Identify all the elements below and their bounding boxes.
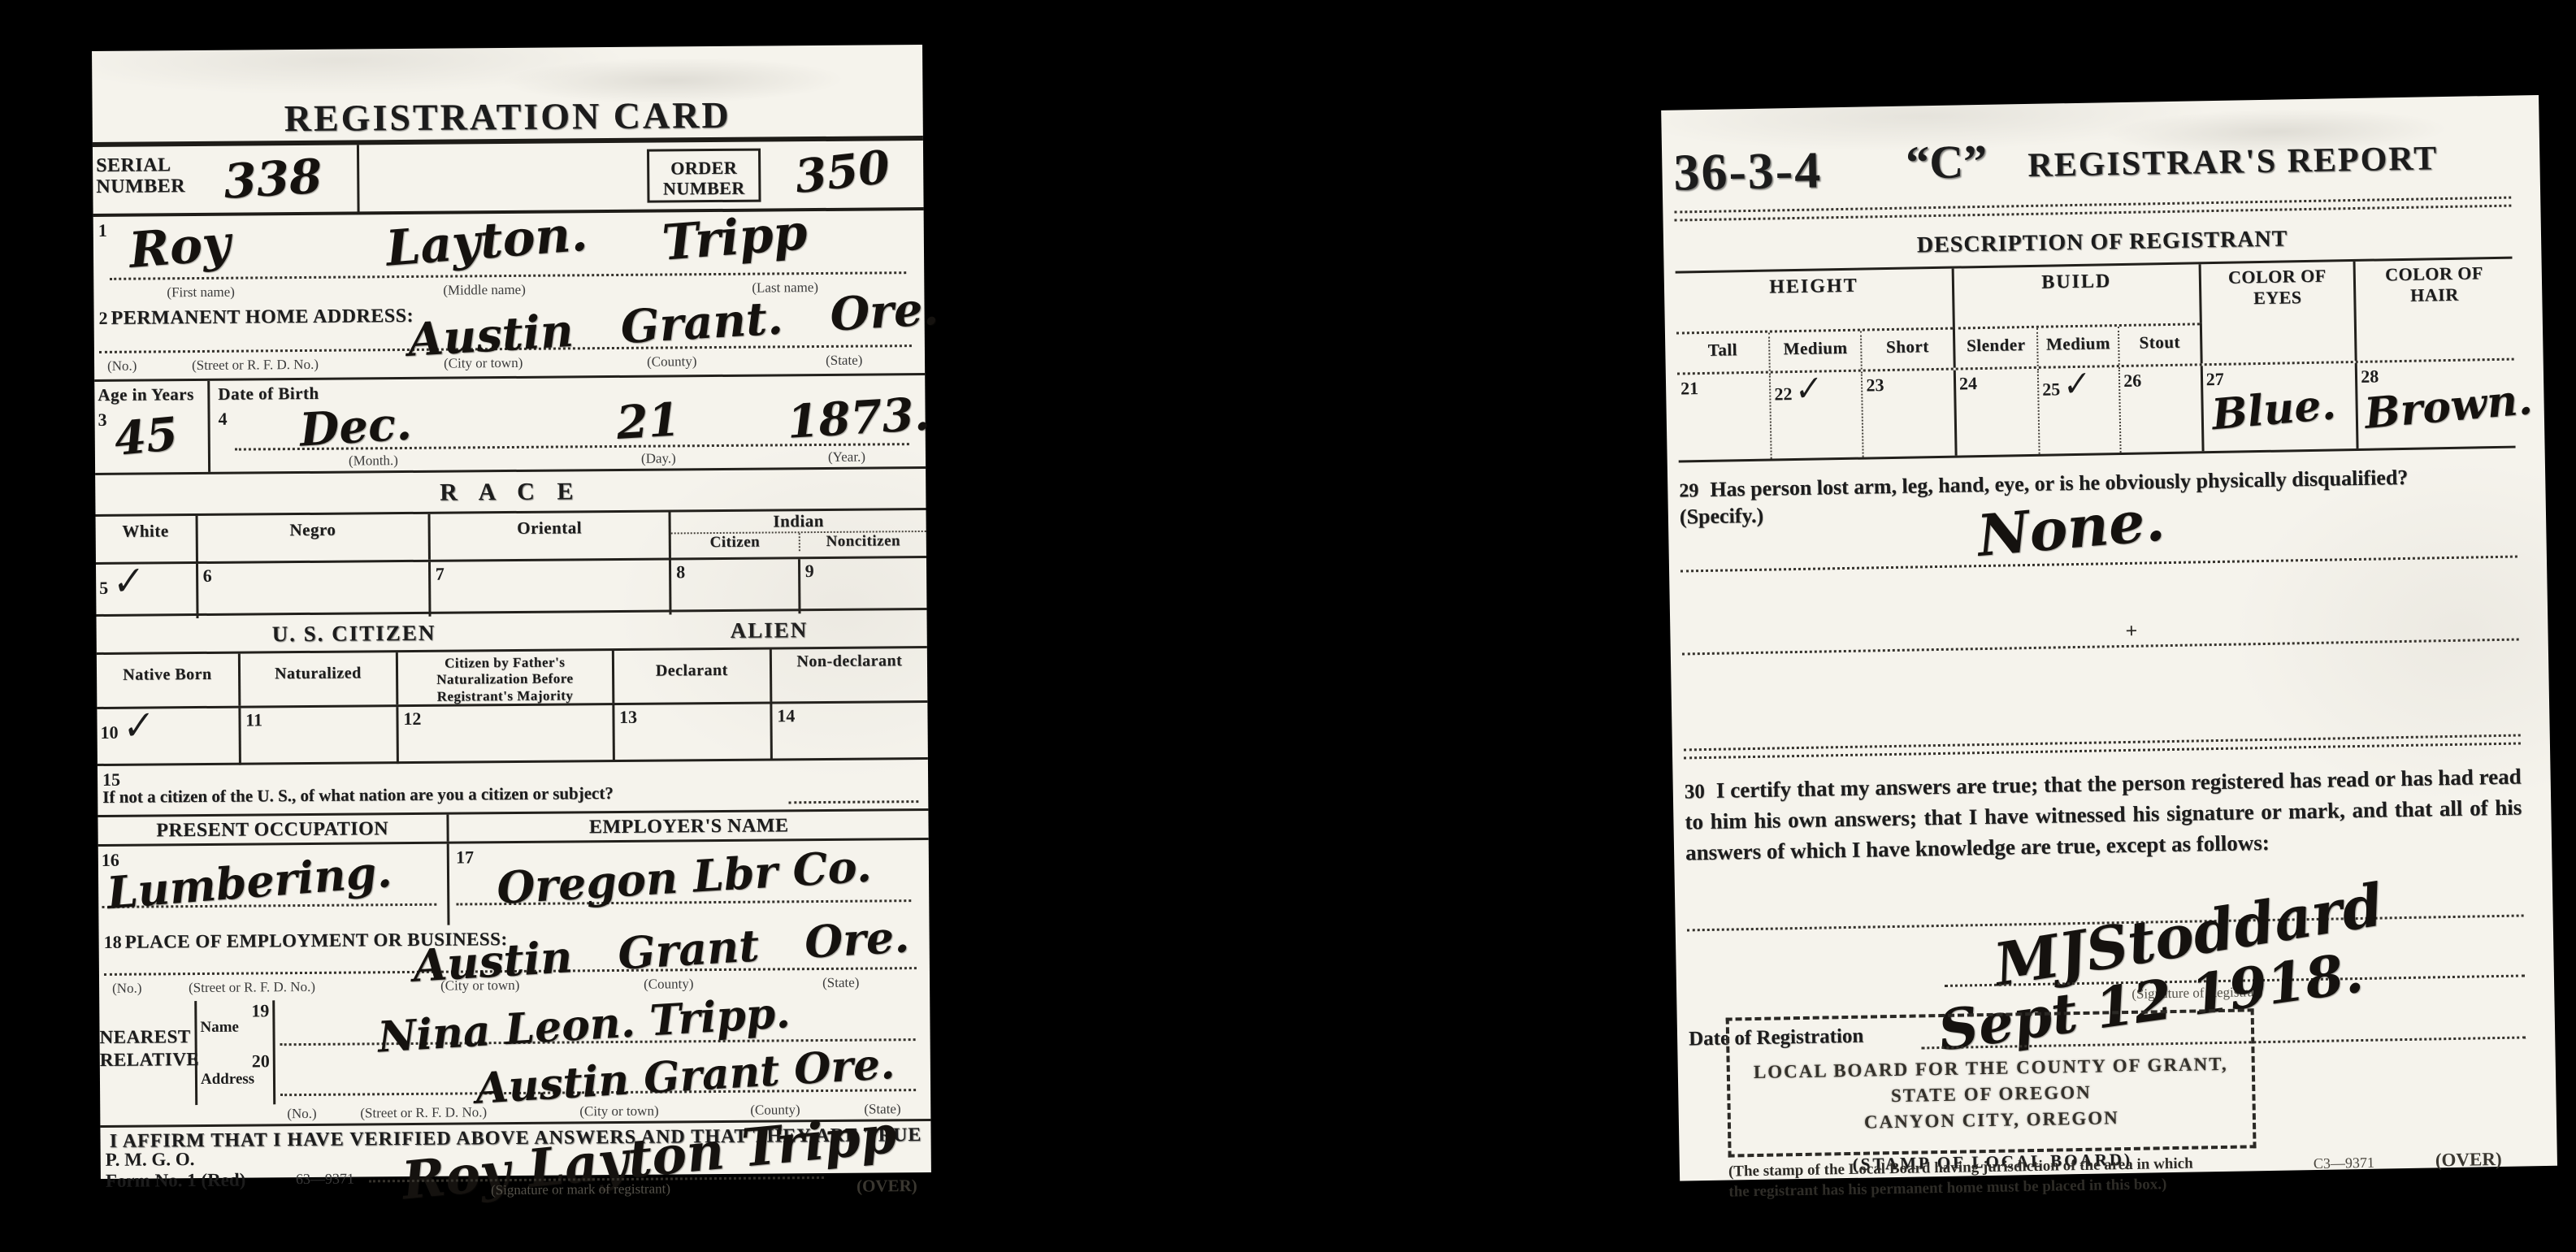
citizen-header-native: Native Born <box>97 654 238 707</box>
dob-month: Dec. <box>298 401 413 453</box>
citizen-cell-declarant: 13 <box>612 704 770 763</box>
race-cell-indian-citizen: 8 <box>669 559 798 614</box>
age-number: 3 <box>98 409 106 431</box>
citizen-cell-naturalized: 11 <box>238 707 397 765</box>
occupation-cell: 16 Lumbering. <box>98 844 448 928</box>
height-medium-label: Medium <box>1768 331 1861 371</box>
height-short-label: Short <box>1860 330 1953 370</box>
relative-sublabel-street: (Street or R. F. D. No.) <box>360 1104 487 1121</box>
pmgo-label: P. M. G. O. <box>106 1149 195 1171</box>
line-1-number: 1 <box>98 220 107 241</box>
occupation-value: Lumbering. <box>106 849 393 915</box>
middle-name-value: Layton. <box>384 210 589 274</box>
race-header-indian-label: Indian <box>671 510 926 532</box>
race-number-5: 5 <box>99 578 108 598</box>
citizen-header-father: Citizen by Father's Naturalization Befor… <box>396 651 612 704</box>
address-sublabel-no: (No.) <box>107 358 137 375</box>
occupation-line: Lumbering. <box>102 849 437 908</box>
relative-address-number: 20 <box>252 1051 270 1072</box>
present-occupation-header: PRESENT OCCUPATION <box>98 815 446 844</box>
description-value-row: 21 22 ✓ 23 24 25 ✓ 26 27 Blue. 28 <box>1677 358 2516 461</box>
height-number-23: 23 <box>1866 375 1884 395</box>
height-tall-label: Tall <box>1676 333 1769 373</box>
race-number-9: 9 <box>805 561 814 581</box>
race-cell-white: 5 ✓ <box>96 564 196 619</box>
race-header-row: White Negro Oriental Indian Citizen Nonc… <box>96 510 926 562</box>
order-number-cell: 350 <box>761 141 924 209</box>
employer-name-header: EMPLOYER'S NAME <box>447 811 929 842</box>
race-value-row: 5 ✓ 6 7 8 9 <box>96 556 927 619</box>
age-cell: Age in Years 3 45 <box>94 381 210 473</box>
registrars-report-card: 36-3-4 “C” REGISTRAR'S REPORT DESCRIPTIO… <box>1661 95 2557 1181</box>
eyes-subheader-spacer <box>2200 320 2355 363</box>
race-cell-indian-noncitizen: 9 <box>798 558 927 613</box>
last-name-value: Tripp <box>661 208 809 268</box>
citizenship-question: If not a citizen of the U. S., of what n… <box>102 782 785 808</box>
age-label: Age in Years <box>94 381 207 405</box>
build-number-24: 24 <box>1959 373 1977 393</box>
citizen-number-14: 14 <box>777 705 795 726</box>
dob-sublabel-day: (Day.) <box>641 450 676 466</box>
hair-subheader-spacer <box>2354 318 2514 361</box>
serial-number-value: 338 <box>223 153 323 206</box>
first-name-value: Roy <box>128 219 232 275</box>
description-title: DESCRIPTION OF REGISTRANT <box>1663 222 2541 263</box>
citizen-number-13: 13 <box>619 707 637 727</box>
us-citizen-title: U. S. CITIZEN <box>97 616 612 652</box>
citizen-table: Native Born Naturalized Citizen by Fathe… <box>97 646 928 766</box>
hair-value: Brown. <box>2363 379 2534 435</box>
build-medium-cell: 25 ✓ <box>2037 367 2120 454</box>
stray-pen-mark: + <box>2125 619 2137 643</box>
occupation-block: PRESENT OCCUPATION EMPLOYER'S NAME 16 Lu… <box>98 808 929 929</box>
employment-place-line: Austin Grant Ore. <box>103 916 916 976</box>
race-table: White Negro Oriental Indian Citizen Nonc… <box>96 508 927 617</box>
race-header-negro: Negro <box>195 514 428 561</box>
hair-header: COLOR OF HAIR <box>2353 259 2513 320</box>
dob-sublabel-month: (Month.) <box>349 453 398 469</box>
citizen-number-12: 12 <box>403 708 421 729</box>
race-header-indian-noncitizen: Noncitizen <box>799 532 926 551</box>
nearest-relative-label: NEAREST RELATIVE <box>99 1001 197 1106</box>
question-30-text: I certify that my answers are true; that… <box>1685 765 2522 865</box>
race-title: R A C E <box>95 475 926 509</box>
height-group-header: HEIGHT <box>1676 269 1953 332</box>
height-number-21: 21 <box>1680 378 1698 398</box>
name-line: Roy Layton. Tripp <box>110 212 907 280</box>
address-sublabel-city: (City or town) <box>444 355 523 372</box>
relative-name-label: Name <box>200 1019 239 1037</box>
citizen-cell-native: 10 ✓ <box>97 708 238 766</box>
relative-address-line: Austin Grant Ore. <box>280 1046 916 1096</box>
build-medium-check: ✓ <box>2063 369 2092 400</box>
relative-address-label: Address <box>201 1070 254 1089</box>
build-medium-label: Medium <box>2036 327 2118 366</box>
registrant-signature-sublabel: (Signature or mark of registrant) <box>491 1181 670 1198</box>
employment-sublabel-state: (State) <box>822 975 859 991</box>
print-code: 63—9371 <box>296 1171 354 1189</box>
occupation-value-row: 16 Lumbering. 17 Oregon Lbr Co. <box>98 840 930 928</box>
employer-line: Oregon Lbr Co. <box>456 845 912 905</box>
build-slender-label: Slender <box>1955 328 2037 368</box>
form-number-label: Form No. 1 (Red) <box>106 1170 246 1192</box>
build-stout-cell: 26 <box>2118 366 2201 453</box>
local-board-note: (The stamp of the Local Board having jur… <box>1728 1154 2217 1202</box>
build-stout-label: Stout <box>2118 325 2200 365</box>
height-values: 21 22 ✓ 23 <box>1677 370 1955 461</box>
dob-day: 21 <box>615 396 681 446</box>
citizen-cell-father: 12 <box>396 705 612 764</box>
dob-number: 4 <box>218 409 227 430</box>
report-header-rule-2 <box>1675 205 2512 222</box>
height-short-cell: 23 <box>1861 370 1954 457</box>
employer-value: Oregon Lbr Co. <box>496 843 873 910</box>
race-cell-negro: 6 <box>196 562 429 618</box>
serial-number-cell: 338 <box>189 145 360 213</box>
race-header-indian: Indian Citizen Noncitizen <box>669 510 926 557</box>
local-board-stamp-box: LOCAL BOARD FOR THE COUNTY OF GRANT, STA… <box>1726 1008 2257 1157</box>
address-sublabel-street: (Street or R. F. D. No.) <box>192 357 319 374</box>
race-header-indian-citizen: Citizen <box>671 533 799 552</box>
build-values: 24 25 ✓ 26 <box>1954 366 2202 455</box>
height-number-22: 22 <box>1774 383 1792 404</box>
answer-line-3 <box>1684 734 2521 752</box>
relative-sublabel-no: (No.) <box>287 1106 317 1122</box>
report-c-mark: “C” <box>1906 134 1988 190</box>
order-number-value: 350 <box>792 144 891 200</box>
nearest-relative-minicol: Name 19 Address 20 <box>197 1000 275 1105</box>
citizen-check-native: ✓ <box>123 708 155 743</box>
question-29-specify: (Specify.) <box>1680 504 1764 530</box>
serial-number-label: SERIAL NUMBER <box>93 146 189 214</box>
employment-sublabel-street: (Street or R. F. D. No.) <box>189 979 315 996</box>
question-29-number: 29 <box>1679 480 1698 501</box>
citizen-header-naturalized: Naturalized <box>238 652 397 706</box>
report-corner-code: 36-3-4 <box>1673 140 1823 202</box>
build-number-26: 26 <box>2123 370 2141 391</box>
citizen-header-nondeclarant: Non-declarant <box>770 648 928 702</box>
answer-line-3b <box>1684 743 2521 760</box>
citizen-header-row: Native Born Naturalized Citizen by Fathe… <box>97 648 927 707</box>
build-number-25: 25 <box>2042 379 2060 399</box>
eyes-value-cell: 27 Blue. <box>2200 363 2356 451</box>
race-number-7: 7 <box>436 564 445 584</box>
citizen-cell-nondeclarant: 14 <box>770 703 928 761</box>
hair-number-28: 28 <box>2361 366 2379 386</box>
race-number-6: 6 <box>203 565 212 586</box>
registration-card: REGISTRATION CARD SERIAL NUMBER 338 ORDE… <box>92 45 931 1179</box>
report-title: REGISTRAR'S REPORT <box>2027 139 2439 185</box>
question-30-number: 30 <box>1685 781 1705 803</box>
order-number-label: ORDER NUMBER <box>647 149 761 203</box>
serial-row-spacer <box>359 143 648 212</box>
dob-cell: Date of Birth 4 Dec. 21 1873. (Month.) (… <box>210 375 926 472</box>
answer-line-2 <box>1682 639 2519 656</box>
relative-address-value: Austin Grant Ore. <box>475 1043 896 1111</box>
address-sublabel-state: (State) <box>826 353 862 369</box>
question-30: 30I certify that my answers are true; th… <box>1684 762 2522 869</box>
relative-name-number: 19 <box>251 1000 269 1021</box>
question-29-answer: None. <box>1975 492 2167 565</box>
race-number-8: 8 <box>676 561 685 582</box>
address-sublabel-county: (County) <box>647 353 697 370</box>
nearest-relative-block: NEAREST RELATIVE Name 19 Address 20 Nina… <box>99 995 930 1106</box>
employment-sublabel-county: (County) <box>644 976 694 992</box>
citizen-number-11: 11 <box>245 709 262 730</box>
height-subheader: Tall Medium Short <box>1676 327 1954 373</box>
age-value: 45 <box>112 411 180 462</box>
race-check-white: ✓ <box>112 563 145 598</box>
alien-title: ALIEN <box>611 613 927 648</box>
build-group-header: BUILD <box>1952 264 2200 327</box>
build-slender-cell: 24 <box>1956 369 2039 456</box>
height-medium-check: ✓ <box>1795 374 1824 405</box>
eyes-header: COLOR OF EYES <box>2198 262 2354 323</box>
eyes-value: Blue. <box>2210 383 2337 436</box>
relative-name-line: Nina Leon. Tripp. <box>280 995 915 1046</box>
race-indian-subheader: Citizen Noncitizen <box>671 531 926 552</box>
race-header-oriental: Oriental <box>427 512 669 559</box>
over-label-right: (OVER) <box>2435 1149 2502 1171</box>
description-table: HEIGHT BUILD COLOR OF EYES COLOR OF HAIR… <box>1676 257 2516 463</box>
report-print-code: C3—9371 <box>2314 1155 2374 1172</box>
eyes-number-27: 27 <box>2206 369 2224 389</box>
registration-card-title: REGISTRATION CARD <box>92 92 922 141</box>
local-board-stamp-line1: LOCAL BOARD FOR THE COUNTY OF GRANT, STA… <box>1730 1051 2253 1112</box>
over-label-left: (OVER) <box>856 1176 917 1197</box>
height-tall-cell: 21 <box>1677 374 1771 461</box>
citizenship-answer-line <box>788 800 918 804</box>
employment-sublabel-city: (City or town) <box>440 977 519 994</box>
citizen-number-10: 10 <box>101 722 119 743</box>
dob-line: Dec. 21 1873. <box>234 398 909 451</box>
employment-sublabel-no: (No.) <box>112 981 142 997</box>
citizen-header-declarant: Declarant <box>611 650 770 704</box>
dob-year: 1873. <box>786 391 930 444</box>
height-medium-cell: 22 ✓ <box>1769 372 1863 459</box>
dob-sublabel-year: (Year.) <box>828 449 865 466</box>
build-subheader: Slender Medium Stout <box>1953 323 2201 367</box>
relative-sublabel-city: (City or town) <box>579 1103 658 1120</box>
age-dob-row: Age in Years 3 45 Date of Birth 4 Dec. 2… <box>94 373 926 475</box>
race-cell-oriental: 7 <box>428 560 670 616</box>
address-line: Austin Grant. Ore. <box>98 288 912 353</box>
citizen-value-row: 10 ✓ 11 12 13 14 <box>97 700 928 766</box>
hair-value-cell: 28 Brown. <box>2355 361 2515 448</box>
nearest-relative-values: Nina Leon. Tripp. Austin Grant Ore. <box>275 995 930 1104</box>
